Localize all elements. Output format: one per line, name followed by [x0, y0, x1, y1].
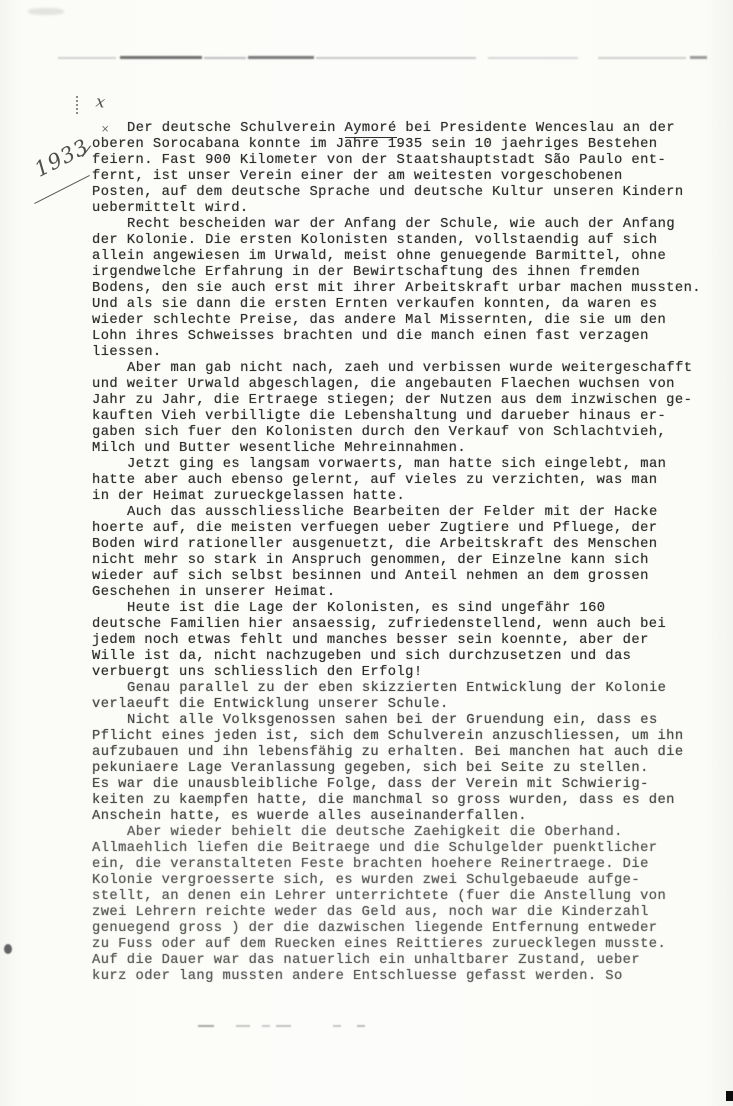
text-line: nicht mehr so stark in Anspruch genommen…: [92, 553, 717, 569]
text-line: Wille ist da, nicht nachzugeben und sich…: [92, 649, 717, 665]
text-line: kauften Vieh verbilligte die Lebenshaltu…: [92, 409, 717, 425]
text-line: Pflicht eines jeden ist, sich dem Schulv…: [92, 729, 717, 745]
text-line: keiten zu kaempfen hatte, die manchmal s…: [92, 793, 717, 809]
text-line: stellt, an denen ein Lehrer unterrichtet…: [92, 889, 717, 905]
text-line: oberen Sorocabana konnte im Jahre 1935 s…: [92, 137, 717, 153]
text-line: der Kolonie. Die ersten Kolonisten stand…: [92, 233, 717, 249]
text-line: hatte aber auch ebenso gelernt, auf viel…: [92, 473, 717, 489]
paragraph-7: Genau parallel zu der eben skizzierten E…: [92, 681, 717, 713]
text-line: gaben sich fuer den Kolonisten durch den…: [92, 425, 717, 441]
paragraph-8: Nicht alle Volksgenossen sahen bei der G…: [92, 713, 717, 825]
text-line: und weiter Urwald abgeschlagen, die ange…: [92, 377, 717, 393]
text-line: Boden wird rationeller ausgenuetzt, die …: [92, 537, 717, 553]
text-line: aufzubauen und ihn lebensfähig zu erhalt…: [92, 745, 717, 761]
handwritten-cross-mark: x: [95, 91, 107, 111]
text-line: Jetzt ging es langsam vorwaerts, man hat…: [92, 457, 717, 473]
text-line: kurz oder lang mussten andere Entschlues…: [92, 969, 717, 985]
text-line: Jahr zu Jahr, die Ertraege stiegen; der …: [92, 393, 717, 409]
text-line: fernt, ist unser Verein einer der am wei…: [92, 169, 717, 185]
paragraph-9: Aber wieder behielt die deutsche Zaehigk…: [92, 825, 717, 985]
text-line: Milch und Butter wesentliche Mehreinnahm…: [92, 441, 717, 457]
text-line: jedem noch etwas fehlt und manches besse…: [92, 633, 717, 649]
scan-artifact-bottom-dashes: [198, 1025, 365, 1028]
text-line: uebermittelt wird.: [92, 201, 717, 217]
text-line: irgendwelche Erfahrung in der Bewirtscha…: [92, 265, 717, 281]
paragraph-4: Jetzt ging es langsam vorwaerts, man hat…: [92, 457, 717, 505]
text-line: Allmaehlich liefen die Beitraege und die…: [92, 841, 717, 857]
text-line: deutsche Familien hier ansaessig, zufrie…: [92, 617, 717, 633]
text-line: Lohn ihres Schweisses brachten und die m…: [92, 329, 717, 345]
text-line: Genau parallel zu der eben skizzierten E…: [92, 681, 717, 697]
text-line: zu Fuss oder auf dem Ruecken eines Reitt…: [92, 937, 717, 953]
scan-artifact-horizontal-smudge: [58, 55, 708, 61]
text-line: verlaeuft die Entwicklung unserer Schule…: [92, 697, 717, 713]
text-line: Auch das ausschliessliche Bearbeiten der…: [92, 505, 717, 521]
scan-smudge-top-left: [28, 8, 64, 15]
paragraph-2: Recht bescheiden war der Anfang der Schu…: [92, 217, 717, 361]
line-text: bei Presidente Wenceslau an der: [397, 121, 675, 136]
text-line: Der deutsche Schulverein Aymoré bei Pres…: [92, 121, 717, 137]
paragraph-5: Auch das ausschliessliche Bearbeiten der…: [92, 505, 717, 601]
underlined-word-aymore: Aymoré: [345, 121, 397, 138]
paragraph-6: Heute ist die Lage der Kolonisten, es si…: [92, 601, 717, 681]
text-line: Geschehen in unserer Heimat.: [92, 585, 717, 601]
text-line: liessen.: [92, 345, 717, 361]
text-line: hoerte auf, die meisten verfuegen ueber …: [92, 521, 717, 537]
text-line: Und als sie dann die ersten Ernten verka…: [92, 297, 717, 313]
text-line: genuegend gross ) der die dazwischen lie…: [92, 921, 717, 937]
text-line: verbuergt uns schliesslich den Erfolg!: [92, 665, 717, 681]
text-line: Auf die Dauer war das natuerlich ein unh…: [92, 953, 717, 969]
text-line: Heute ist die Lage der Kolonisten, es si…: [92, 601, 717, 617]
handwritten-dash-mark: [76, 96, 78, 114]
text-line: Kolonie vergroesserte sich, es wurden zw…: [92, 873, 717, 889]
line-text: Der deutsche Schulverein: [127, 121, 345, 136]
text-line: allein angewiesen im Urwald, meist ohne …: [92, 249, 717, 265]
scan-artifact-corner-mark: [726, 1091, 733, 1101]
text-line: Recht bescheiden war der Anfang der Schu…: [92, 217, 717, 233]
text-line: wieder schlechte Preise, das andere Mal …: [92, 313, 717, 329]
scanned-document-page: x × / 1933 Der deutsche Schulverein Aymo…: [0, 0, 733, 1106]
scan-artifact-ink-blob: [4, 944, 12, 954]
text-line: Aber man gab nicht nach, zaeh und verbis…: [92, 361, 717, 377]
text-line: Bodens, den sie auch erst mit ihrer Arbe…: [92, 281, 717, 297]
text-line: zwei Lehrern reichte weder das Geld aus,…: [92, 905, 717, 921]
text-line: in der Heimat zurueckgelassen hatte.: [92, 489, 717, 505]
text-line: Posten, auf dem deutsche Sprache und deu…: [92, 185, 717, 201]
handwritten-year-note: 1933: [31, 134, 93, 181]
paragraph-1: Der deutsche Schulverein Aymoré bei Pres…: [92, 121, 717, 217]
text-line: wieder auf sich selbst besinnen und Ante…: [92, 569, 717, 585]
paragraph-3: Aber man gab nicht nach, zaeh und verbis…: [92, 361, 717, 457]
text-line: feiern. Fast 900 Kilometer von der Staat…: [92, 153, 717, 169]
text-line: Aber wieder behielt die deutsche Zaehigk…: [92, 825, 717, 841]
text-line: ein, die veranstalteten Feste brachten h…: [92, 857, 717, 873]
text-line: Anschein hatte, es wuerde alles auseinan…: [92, 809, 717, 825]
typewritten-text-block: Der deutsche Schulverein Aymoré bei Pres…: [92, 121, 717, 985]
text-line: pekuniaere Lage Veranlassung gegeben, si…: [92, 761, 717, 777]
text-line: Es war die unausbleibliche Folge, dass d…: [92, 777, 717, 793]
text-line: Nicht alle Volksgenossen sahen bei der G…: [92, 713, 717, 729]
